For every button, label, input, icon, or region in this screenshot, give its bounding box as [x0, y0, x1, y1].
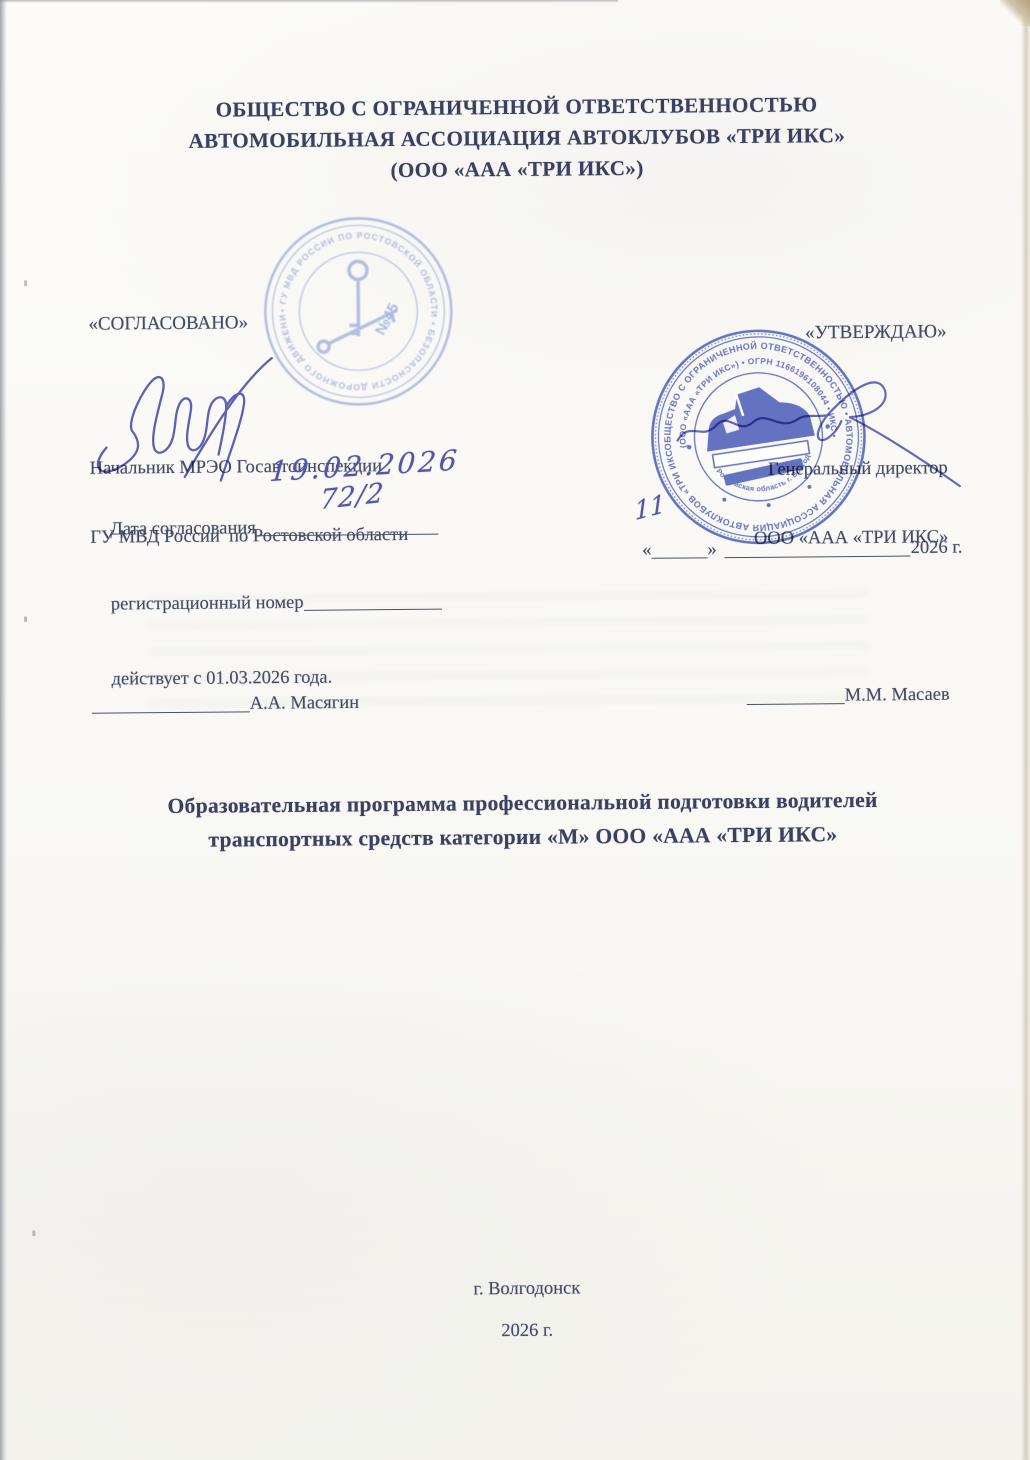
bleed-through-ghost: [149, 589, 870, 725]
approval-year: 2026 г.: [911, 538, 963, 558]
scan-edge-top: [0, 0, 618, 3]
scan-speck: [24, 280, 27, 286]
footer-city: г. Волгодонск: [27, 1274, 1027, 1306]
scan-speck: [24, 616, 27, 622]
stamp-number-text: №45: [372, 300, 403, 337]
footer-year: 2026 г.: [27, 1316, 1027, 1348]
approved-signature: [669, 358, 970, 521]
date-blank: [256, 515, 438, 536]
document-title: Образовательная программа профессиональн…: [23, 782, 1024, 859]
scan-speck: [32, 1230, 35, 1236]
scan-corner-fold: [1000, 0, 1030, 26]
quote-open: «: [642, 540, 651, 560]
agreement-date-row: Дата согласования: [110, 515, 441, 543]
scan-edge-left: [0, 0, 7, 1460]
scan-edge-right: [1021, 0, 1030, 1460]
scanned-document-page: ОБЩЕСТВО С ОГРАНИЧЕННОЙ ОТВЕТСТВЕННОСТЬЮ…: [0, 0, 1030, 1460]
agreement-date-label: Дата согласования: [110, 518, 256, 539]
document-content: ОБЩЕСТВО С ОГРАНИЧЕННОЙ ОТВЕТСТВЕННОСТЬЮ…: [0, 0, 1030, 1460]
org-header: ОБЩЕСТВО С ОГРАНИЧЕННОЙ ОТВЕТСТВЕННОСТЬЮ…: [16, 88, 1017, 190]
